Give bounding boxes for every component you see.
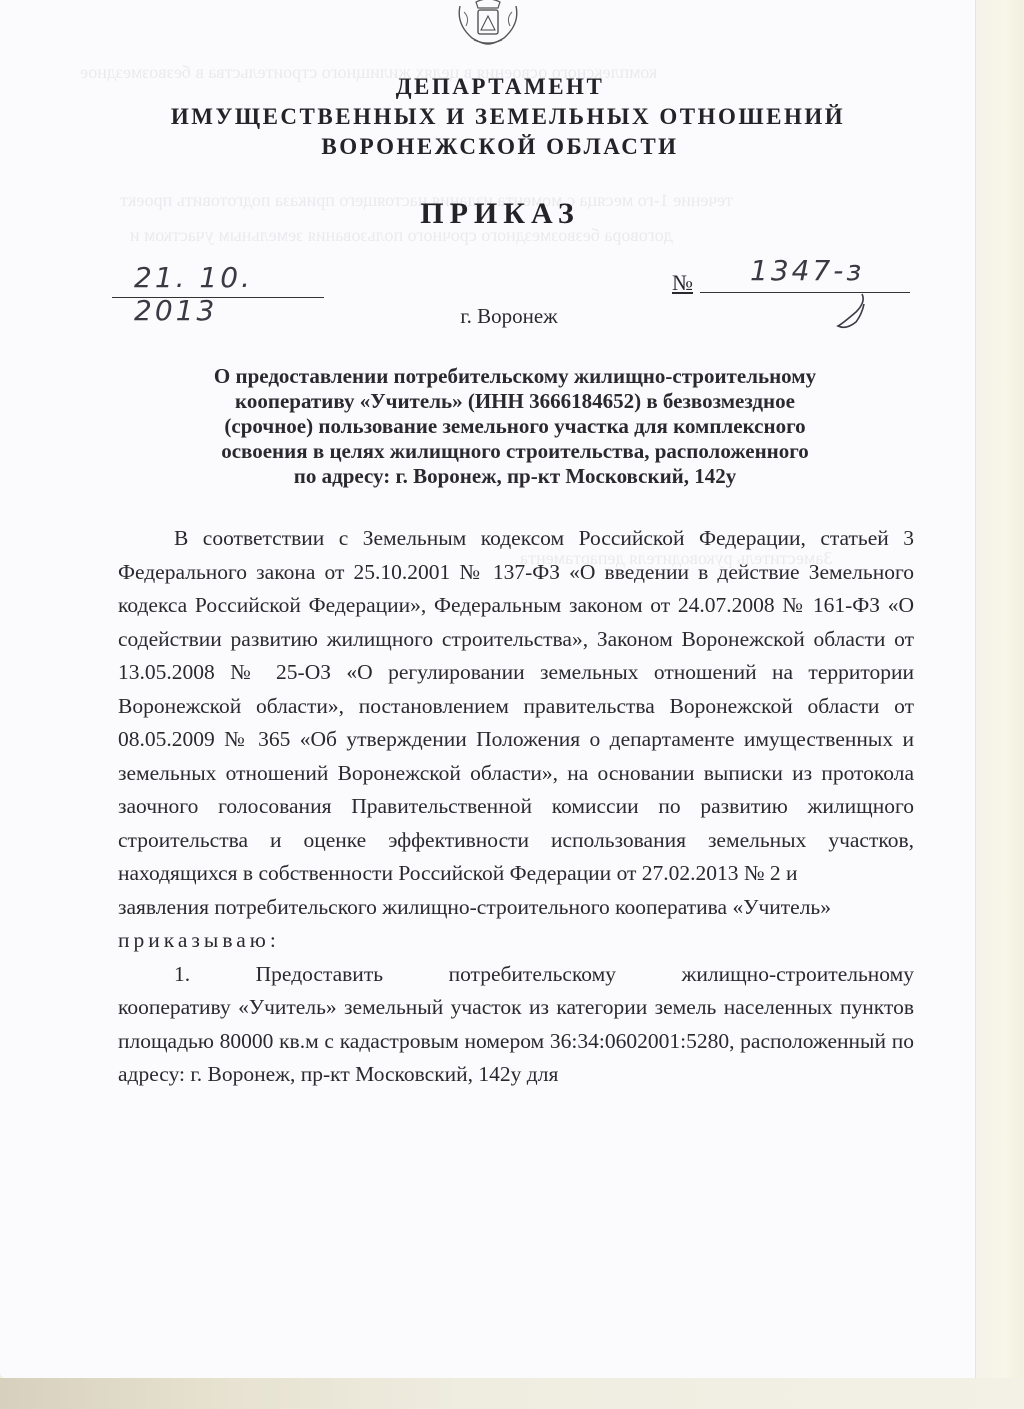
number-label: № [672, 270, 693, 296]
item-1-word: Предоставить [256, 958, 383, 992]
item-1-word: потребительскому [449, 958, 616, 992]
date-field: 21. 10. 2013 [112, 263, 324, 298]
number-field: 1347-з [700, 258, 910, 293]
item-1-number: 1. [174, 958, 190, 992]
title-line: по адресу: г. Воронеж, пр-кт Московский,… [120, 464, 910, 489]
title-line: кооперативу «Учитель» (ИНН 3666184652) в… [120, 389, 910, 414]
item-1-word: жилищно-строительному [682, 958, 914, 992]
preamble-paragraph: В соответствии с Земельным кодексом Росс… [118, 522, 914, 891]
item-1-first-line: 1. Предоставить потребительскому жилищно… [118, 958, 914, 992]
department-line-2: ИМУЩЕСТВЕННЫХ И ЗЕМЕЛЬНЫХ ОТНОШЕНИЙ [0, 104, 1008, 130]
title-line: освоения в целях жилищного строительства… [120, 439, 910, 464]
order-word: приказываю: [118, 924, 914, 958]
item-1-text: кооперативу «Учитель» земельный участок … [118, 991, 914, 1092]
order-title: О предоставлении потребительскому жилищн… [120, 364, 910, 489]
preamble-last-line: заявления потребительского жилищно-строи… [118, 891, 914, 925]
order-body: В соответствии с Земельным кодексом Росс… [118, 522, 914, 1092]
handwritten-number: 1347-з [750, 254, 864, 287]
title-line: О предоставлении потребительскому жилищн… [120, 364, 910, 389]
scan-bottom-edge [0, 1378, 1024, 1409]
document-type-title: ПРИКАЗ [0, 197, 1000, 231]
coat-of-arms-icon [452, 0, 524, 46]
department-line-1: ДЕПАРТАМЕНТ [0, 74, 1000, 100]
department-line-3: ВОРОНЕЖСКОЙ ОБЛАСТИ [0, 134, 1000, 160]
title-line: (срочное) пользование земельного участка… [120, 414, 910, 439]
city-label: г. Воронеж [0, 304, 1000, 329]
